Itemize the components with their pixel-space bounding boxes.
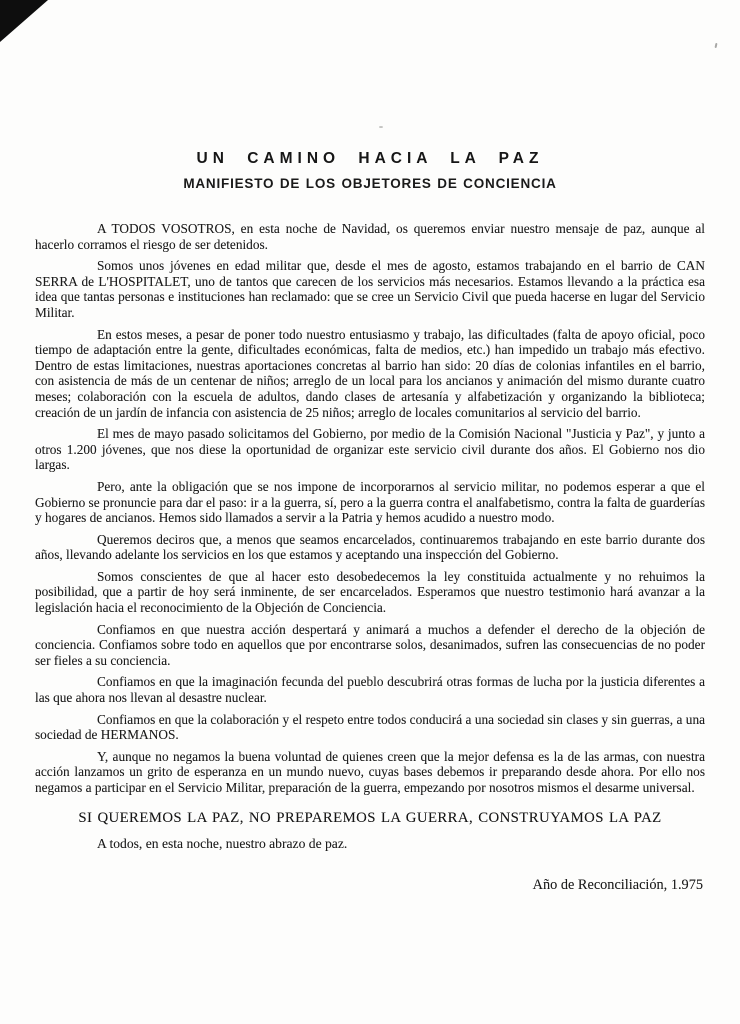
slogan-line: SI QUEREMOS LA PAZ, NO PREPAREMOS LA GUE… (35, 810, 705, 827)
body-paragraph: Queremos deciros que, a menos que seamos… (35, 532, 705, 563)
body-paragraph: Pero, ante la obligación que se nos impo… (35, 479, 705, 526)
scan-speck (715, 43, 718, 48)
scanned-document-page: UN CAMINO HACIA LA PAZ MANIFIESTO DE LOS… (0, 0, 740, 1024)
scan-speck (379, 126, 383, 128)
body-paragraph: Confiamos en que la colaboración y el re… (35, 712, 705, 743)
document-title: UN CAMINO HACIA LA PAZ (35, 150, 705, 168)
body-paragraph: Somos unos jóvenes en edad militar que, … (35, 258, 705, 320)
body-paragraph: Somos conscientes de que al hacer esto d… (35, 569, 705, 616)
document-body: A TODOS VOSOTROS, en esta noche de Navid… (35, 221, 705, 796)
scan-corner-mark (0, 0, 48, 42)
document-subtitle: MANIFIESTO DE LOS OBJETORES DE CONCIENCI… (35, 176, 705, 191)
body-paragraph: Confiamos en que la imaginación fecunda … (35, 674, 705, 705)
body-paragraph: En estos meses, a pesar de poner todo nu… (35, 327, 705, 421)
body-paragraph: Y, aunque no negamos la buena voluntad d… (35, 749, 705, 796)
closing-line: A todos, en esta noche, nuestro abrazo d… (35, 836, 705, 852)
body-paragraph: El mes de mayo pasado solicitamos del Go… (35, 426, 705, 473)
body-paragraph: A TODOS VOSOTROS, en esta noche de Navid… (35, 221, 705, 252)
signature-line: Año de Reconciliación, 1.975 (35, 877, 705, 894)
document-content: UN CAMINO HACIA LA PAZ MANIFIESTO DE LOS… (35, 150, 705, 894)
body-paragraph: Confiamos en que nuestra acción desperta… (35, 622, 705, 669)
